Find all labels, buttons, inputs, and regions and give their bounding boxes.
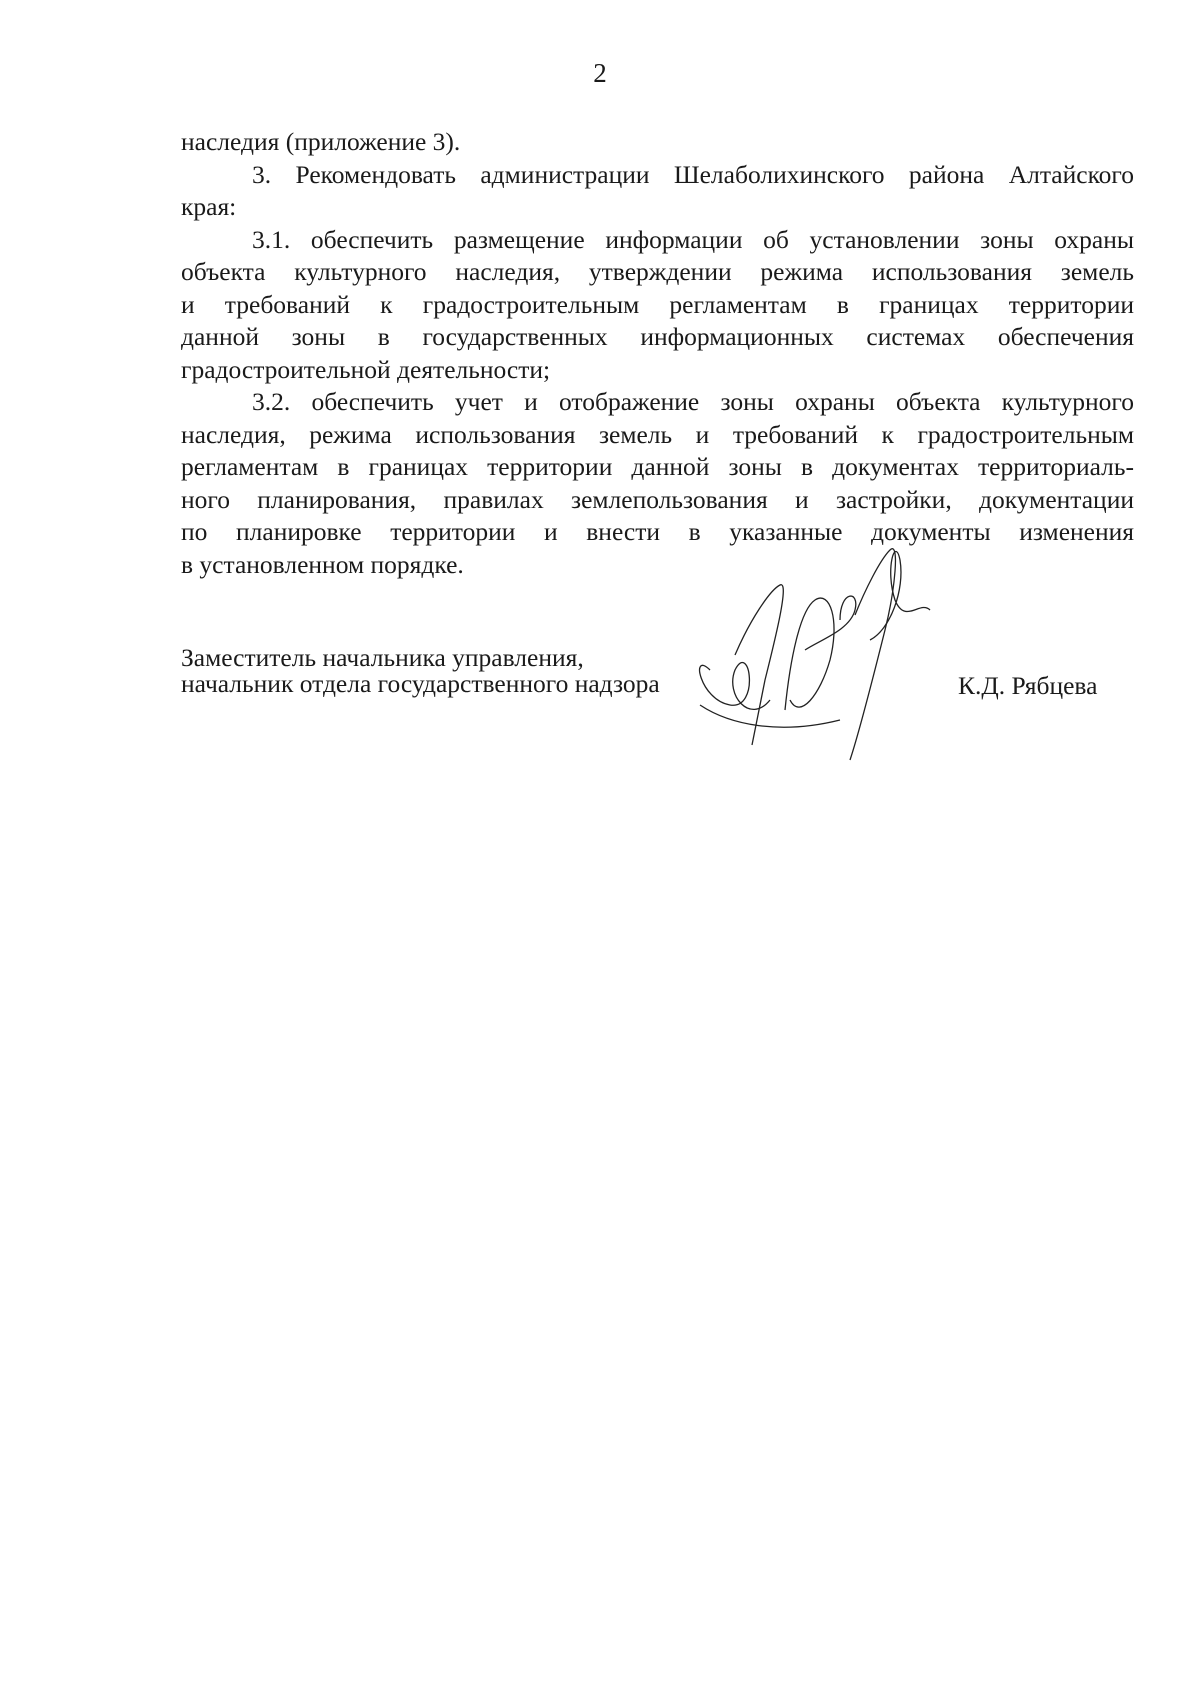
position-line-2: начальник отдела государственного надзор… <box>181 671 660 697</box>
text-line: наследия, режима использования земель и … <box>181 419 1134 452</box>
text-line: градостроительной деятельности; <box>181 354 1134 387</box>
signatory-position: Заместитель начальника управления, начал… <box>181 645 660 697</box>
signatory-name: К.Д. Рябцева <box>958 671 1097 701</box>
document-body: наследия (приложение 3). 3. Рекомендоват… <box>181 126 1134 581</box>
text-line: 3.2. обеспечить учет и отображение зоны … <box>181 386 1134 419</box>
handwritten-signature-icon <box>690 530 980 770</box>
text-line: 3.1. обеспечить размещение информации об… <box>181 224 1134 257</box>
position-line-1: Заместитель начальника управления, <box>181 645 660 671</box>
paragraph-3-2: 3.2. обеспечить учет и отображение зоны … <box>181 386 1134 581</box>
text-line: по планировке территории и внести в указ… <box>181 516 1134 549</box>
page-number: 2 <box>0 58 1200 89</box>
text-line: наследия (приложение 3). <box>181 126 1134 159</box>
text-line: регламентам в границах территории данной… <box>181 451 1134 484</box>
paragraph-3-1: 3.1. обеспечить размещение информации об… <box>181 224 1134 387</box>
text-line: и требований к градостроительным регламе… <box>181 289 1134 322</box>
text-line: ного планирования, правилах землепользов… <box>181 484 1134 517</box>
text-line: 3. Рекомендовать администрации Шелаболих… <box>181 159 1134 192</box>
text-line: в установленном порядке. <box>181 549 1134 582</box>
text-line: объекта культурного наследия, утверждени… <box>181 256 1134 289</box>
paragraph-3: 3. Рекомендовать администрации Шелаболих… <box>181 159 1134 224</box>
text-line: края: <box>181 191 1134 224</box>
text-line: данной зоны в государственных информацио… <box>181 321 1134 354</box>
paragraph-continuation: наследия (приложение 3). <box>181 126 1134 159</box>
